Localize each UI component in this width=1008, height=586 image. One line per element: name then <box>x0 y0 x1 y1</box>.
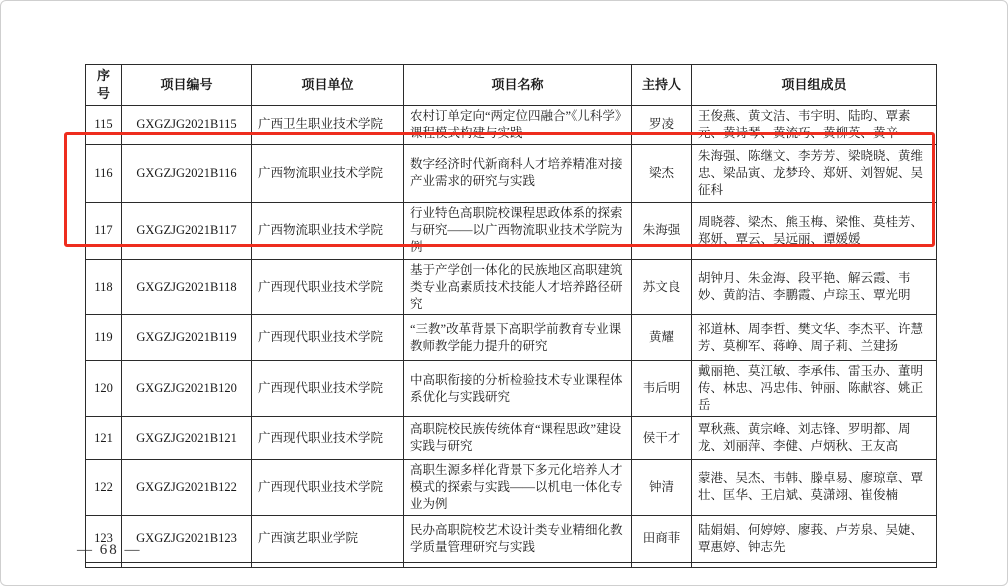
row-title: 民办高职院校艺术设计类专业精细化教学质量管理研究与实践 <box>404 515 632 562</box>
header-title: 项目名称 <box>404 65 632 106</box>
row-title: “三教”改革背景下高职学前教育专业课教师教学能力提升的研究 <box>404 315 632 361</box>
row-leader: 苏文良 <box>632 259 692 315</box>
header-members: 项目组成员 <box>692 65 937 106</box>
table-row: 116 GXGZJG2021B116 广西物流职业技术学院 数字经济时代新商科人… <box>86 144 937 202</box>
row-members: 胡钟月、朱金海、段平艳、解云霞、韦妙、黄韵洁、李鹏霞、卢琮玉、覃光明 <box>692 259 937 315</box>
row-no: 122 <box>86 460 122 516</box>
row-no <box>86 562 122 567</box>
row-code: GXGZJG2021B119 <box>122 315 252 361</box>
row-code: GXGZJG2021B115 <box>122 106 252 145</box>
row-no: 115 <box>86 106 122 145</box>
row-members: 王俊燕、黄文洁、韦宇明、陆昀、覃素元、黄诗琴、黄流巧、黄柳英、黄辛 <box>692 106 937 145</box>
table-row: 115 GXGZJG2021B115 广西卫生职业技术学院 农村订单定向“两定位… <box>86 106 937 145</box>
row-leader: 罗凌 <box>632 106 692 145</box>
row-unit: 广西物流职业技术学院 <box>252 144 404 202</box>
row-title: 数字经济时代新商科人才培养精准对接产业需求的研究与实践 <box>404 144 632 202</box>
row-leader: 黄耀 <box>632 315 692 361</box>
row-members: 朱海强、陈继文、李芳芳、梁晓晓、黄维忠、梁品寅、龙梦玲、郑妍、刘智妮、吴征科 <box>692 144 937 202</box>
row-no: 121 <box>86 417 122 460</box>
table-header-row: 序号 项目编号 项目单位 项目名称 主持人 项目组成员 <box>86 65 937 106</box>
row-unit: 广西现代职业技术学院 <box>252 259 404 315</box>
row-code: GXGZJG2021B117 <box>122 202 252 259</box>
header-code: 项目编号 <box>122 65 252 106</box>
row-unit <box>252 562 404 567</box>
row-title: 行业特色高职院校课程思政体系的探索与研究——以广西物流职业技术学院为例 <box>404 202 632 259</box>
row-members: 祁道林、周李哲、樊文华、李杰平、许慧芳、莫柳军、蒋峥、周子莉、兰建扬 <box>692 315 937 361</box>
row-code: GXGZJG2021B116 <box>122 144 252 202</box>
row-no: 120 <box>86 361 122 417</box>
row-leader: 侯干才 <box>632 417 692 460</box>
table-row: 118 GXGZJG2021B118 广西现代职业技术学院 基于产学创一体化的民… <box>86 259 937 315</box>
projects-table: 序号 项目编号 项目单位 项目名称 主持人 项目组成员 115 GXGZJG20… <box>85 64 937 568</box>
table-row: 121 GXGZJG2021B121 广西现代职业技术学院 高职院校民族传统体育… <box>86 417 937 460</box>
table-row <box>86 562 937 567</box>
row-unit: 广西现代职业技术学院 <box>252 460 404 516</box>
row-code: GXGZJG2021B118 <box>122 259 252 315</box>
row-title: 中高职衔接的分析检验技术专业课程体系优化与实践研究 <box>404 361 632 417</box>
row-members: 周晓蓉、梁杰、熊玉梅、梁惟、莫桂芳、郑妍、覃云、吴远丽、谭媛媛 <box>692 202 937 259</box>
row-unit: 广西演艺职业学院 <box>252 515 404 562</box>
row-title: 高职生源多样化背景下多元化培养人才模式的探索与实践——以机电一体化专业为例 <box>404 460 632 516</box>
page-number: — 68 — <box>77 542 142 559</box>
row-members <box>692 562 937 567</box>
row-no: 119 <box>86 315 122 361</box>
row-members: 戴丽艳、莫江敏、李承伟、雷玉办、董明传、林忠、冯忠伟、钟丽、陈献容、姚正岳 <box>692 361 937 417</box>
row-members: 覃秋燕、黄宗峰、刘志锋、罗明都、周龙、刘丽萍、李健、卢炳秋、王友高 <box>692 417 937 460</box>
header-unit: 项目单位 <box>252 65 404 106</box>
row-unit: 广西现代职业技术学院 <box>252 315 404 361</box>
table-row: 123 GXGZJG2021B123 广西演艺职业学院 民办高职院校艺术设计类专… <box>86 515 937 562</box>
row-title <box>404 562 632 567</box>
row-leader: 钟清 <box>632 460 692 516</box>
row-title: 高职院校民族传统体育“课程思政”建设实践与研究 <box>404 417 632 460</box>
document-page: 序号 项目编号 项目单位 项目名称 主持人 项目组成员 115 GXGZJG20… <box>0 0 1008 586</box>
row-members: 陆娟娟、何婷婷、廖莪、卢芳泉、吴婕、覃惠婷、钟志先 <box>692 515 937 562</box>
header-leader: 主持人 <box>632 65 692 106</box>
row-members: 蒙港、吴杰、韦韩、滕卓易、廖琼章、覃壮、匡华、王启斌、莫潇翊、崔俊楠 <box>692 460 937 516</box>
row-unit: 广西物流职业技术学院 <box>252 202 404 259</box>
table-row: 119 GXGZJG2021B119 广西现代职业技术学院 “三教”改革背景下高… <box>86 315 937 361</box>
row-no: 117 <box>86 202 122 259</box>
row-leader: 韦后明 <box>632 361 692 417</box>
row-code <box>122 562 252 567</box>
table-row: 120 GXGZJG2021B120 广西现代职业技术学院 中高职衔接的分析检验… <box>86 361 937 417</box>
row-no: 116 <box>86 144 122 202</box>
row-leader: 梁杰 <box>632 144 692 202</box>
header-no: 序号 <box>86 65 122 106</box>
row-title: 农村订单定向“两定位四融合”《儿科学》课程模式构建与实践 <box>404 106 632 145</box>
row-code: GXGZJG2021B122 <box>122 460 252 516</box>
row-leader: 朱海强 <box>632 202 692 259</box>
row-no: 118 <box>86 259 122 315</box>
row-code: GXGZJG2021B120 <box>122 361 252 417</box>
row-leader: 田商菲 <box>632 515 692 562</box>
row-unit: 广西卫生职业技术学院 <box>252 106 404 145</box>
row-code: GXGZJG2021B121 <box>122 417 252 460</box>
row-leader <box>632 562 692 567</box>
row-title: 基于产学创一体化的民族地区高职建筑类专业高素质技术技能人才培养路径研究 <box>404 259 632 315</box>
table-row: 117 GXGZJG2021B117 广西物流职业技术学院 行业特色高职院校课程… <box>86 202 937 259</box>
row-unit: 广西现代职业技术学院 <box>252 361 404 417</box>
table-row: 122 GXGZJG2021B122 广西现代职业技术学院 高职生源多样化背景下… <box>86 460 937 516</box>
row-unit: 广西现代职业技术学院 <box>252 417 404 460</box>
